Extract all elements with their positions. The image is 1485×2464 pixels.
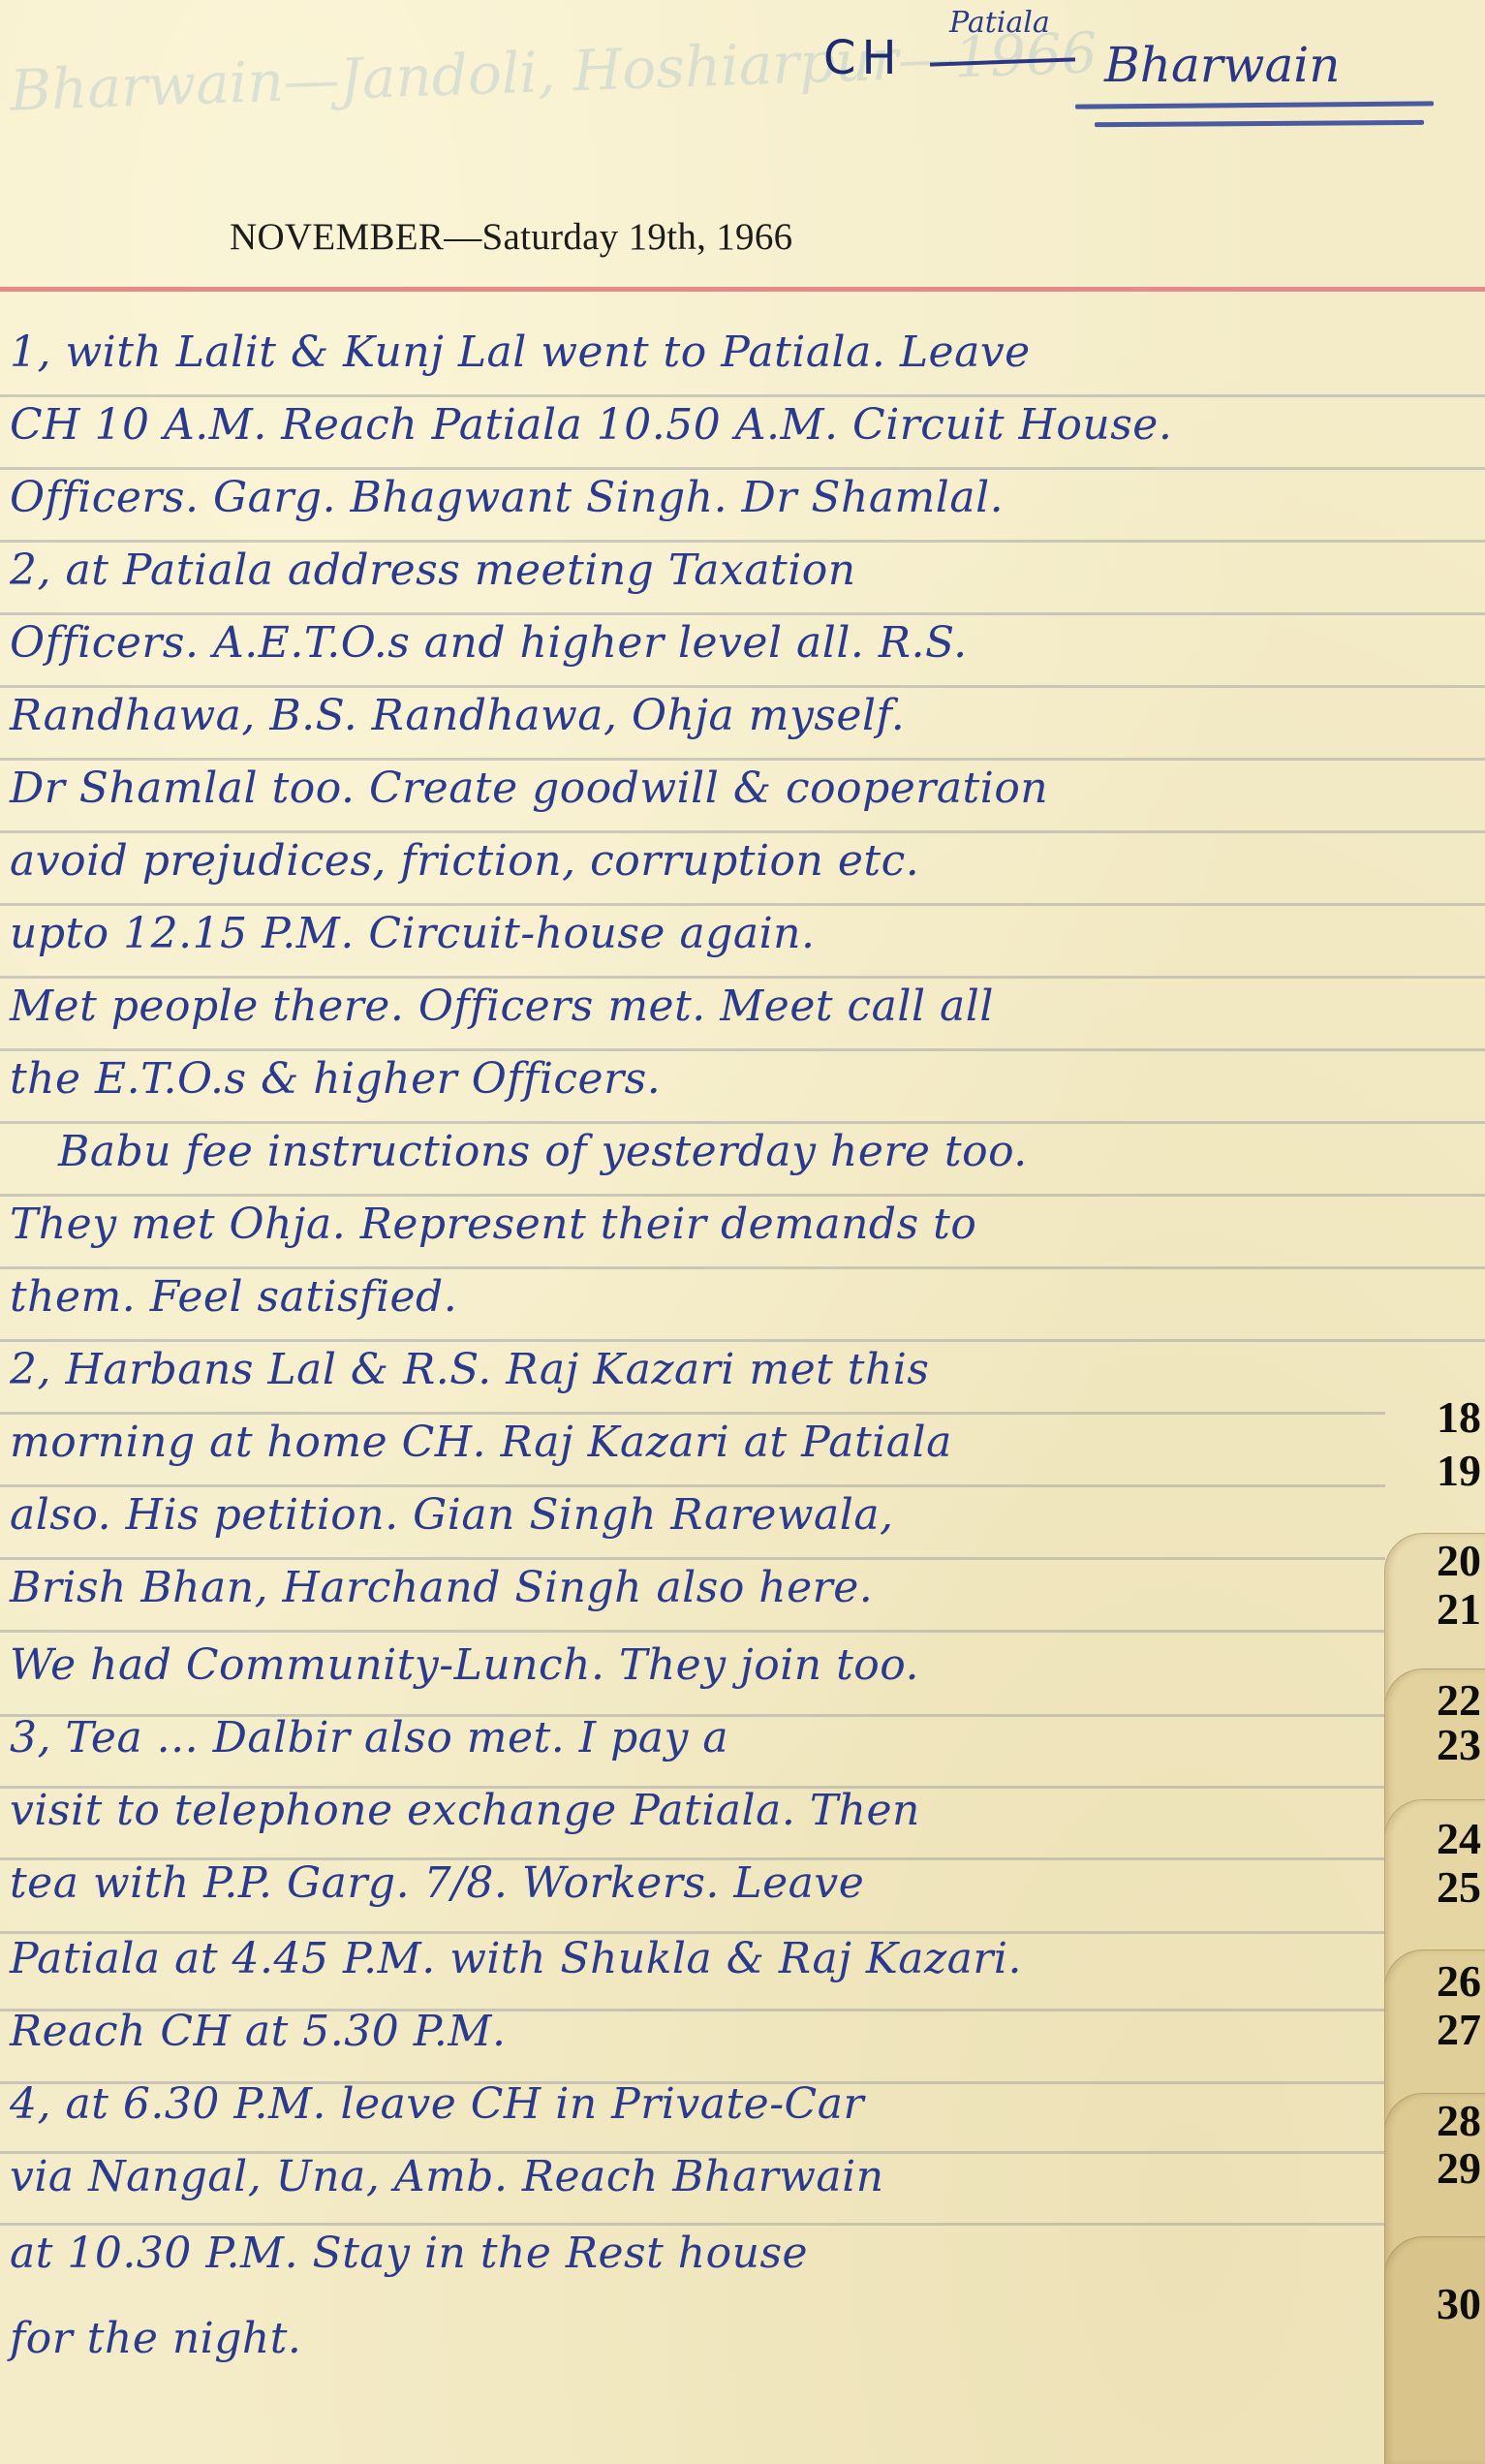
entry-line: CH 10 A.M. Reach Patiala 10.50 A.M. Circ…	[10, 400, 1172, 472]
entry-line: also. His petition. Gian Singh Rarewala,	[10, 1490, 894, 1562]
day-number[interactable]: 27	[1437, 2008, 1481, 2052]
entry-line: 3, Tea ... Dalbir also met. I pay a	[10, 1713, 728, 1785]
red-margin-rule	[0, 287, 1485, 292]
day-number[interactable]: 28	[1437, 2099, 1481, 2143]
entry-line: Babu fee instructions of yesterday here …	[58, 1127, 1028, 1199]
arrow-icon	[930, 57, 1075, 66]
route-from: CH	[823, 31, 903, 85]
day-number[interactable]: 19	[1437, 1449, 1481, 1493]
entry-line: via Nangal, Una, Amb. Reach Bharwain	[10, 2152, 884, 2224]
entry-line: morning at home CH. Raj Kazari at Patial…	[10, 1418, 952, 1489]
day-number[interactable]: 26	[1437, 1959, 1481, 2004]
entry-line: the E.T.O.s & higher Officers.	[10, 1054, 661, 1126]
entry-line: 2, Harbans Lal & R.S. Raj Kazari met thi…	[10, 1345, 929, 1417]
entry-line: Officers. Garg. Bhagwant Singh. Dr Shaml…	[10, 473, 1004, 545]
day-number[interactable]: 24	[1437, 1817, 1481, 1861]
route-annotation: CH Patiala Bharwain	[823, 19, 1453, 136]
entry-line: Randhawa, B.S. Randhawa, Ohja myself.	[10, 691, 905, 763]
entry-line: them. Feel satisfied.	[10, 1272, 457, 1344]
thumb-tab[interactable]	[1384, 2236, 1485, 2464]
day-number[interactable]: 18	[1437, 1395, 1481, 1440]
entry-line: Dr Shamlal too. Create goodwill & cooper…	[10, 764, 1048, 835]
day-number[interactable]: 30	[1437, 2282, 1481, 2326]
entry-line: 2, at Patiala address meeting Taxation	[10, 546, 856, 617]
entry-line: tea with P.P. Garg. 7/8. Workers. Leave	[10, 1858, 864, 1930]
entry-line: avoid prejudices, friction, corruption e…	[10, 836, 919, 908]
route-to: Bharwain	[1104, 37, 1340, 93]
entry-line: Patiala at 4.45 P.M. with Shukla & Raj K…	[10, 1934, 1022, 2006]
thumb-index: 18 19 20 21 22 23 24 25 26 27 28 29 30	[1385, 1357, 1485, 2464]
entry-line: 4, at 6.30 P.M. leave CH in Private-Car	[10, 2079, 864, 2151]
day-number[interactable]: 20	[1437, 1539, 1481, 1583]
day-number[interactable]: 21	[1437, 1587, 1481, 1632]
entry-line: Officers. A.E.T.O.s and higher level all…	[10, 618, 968, 690]
diary-page: Bharwain—Jandoli, Hoshiarpur—1966 CH Pat…	[0, 0, 1485, 2464]
day-number[interactable]: 22	[1437, 1678, 1481, 1723]
day-number[interactable]: 23	[1437, 1723, 1481, 1767]
day-number[interactable]: 29	[1437, 2146, 1481, 2191]
entry-line: Reach CH at 5.30 P.M.	[10, 2007, 506, 2078]
entry-line: for the night.	[10, 2314, 301, 2386]
entry-line: We had Community-Lunch. They join too.	[10, 1640, 919, 1712]
printed-date-header: NOVEMBER—Saturday 19th, 1966	[230, 215, 792, 259]
route-via: Patiala	[949, 6, 1050, 40]
entry-line: Brish Bhan, Harchand Singh also here.	[10, 1563, 873, 1635]
entry-line: 1, with Lalit & Kunj Lal went to Patiala…	[10, 327, 1031, 399]
entry-line: Met people there. Officers met. Meet cal…	[10, 982, 994, 1053]
entry-line: They met Ohja. Represent their demands t…	[10, 1200, 976, 1271]
entry-line: upto 12.15 P.M. Circuit-house again.	[10, 909, 815, 981]
day-number[interactable]: 25	[1437, 1865, 1481, 1910]
entry-line: visit to telephone exchange Patiala. The…	[10, 1786, 920, 1857]
entry-line: at 10.30 P.M. Stay in the Rest house	[10, 2229, 808, 2300]
